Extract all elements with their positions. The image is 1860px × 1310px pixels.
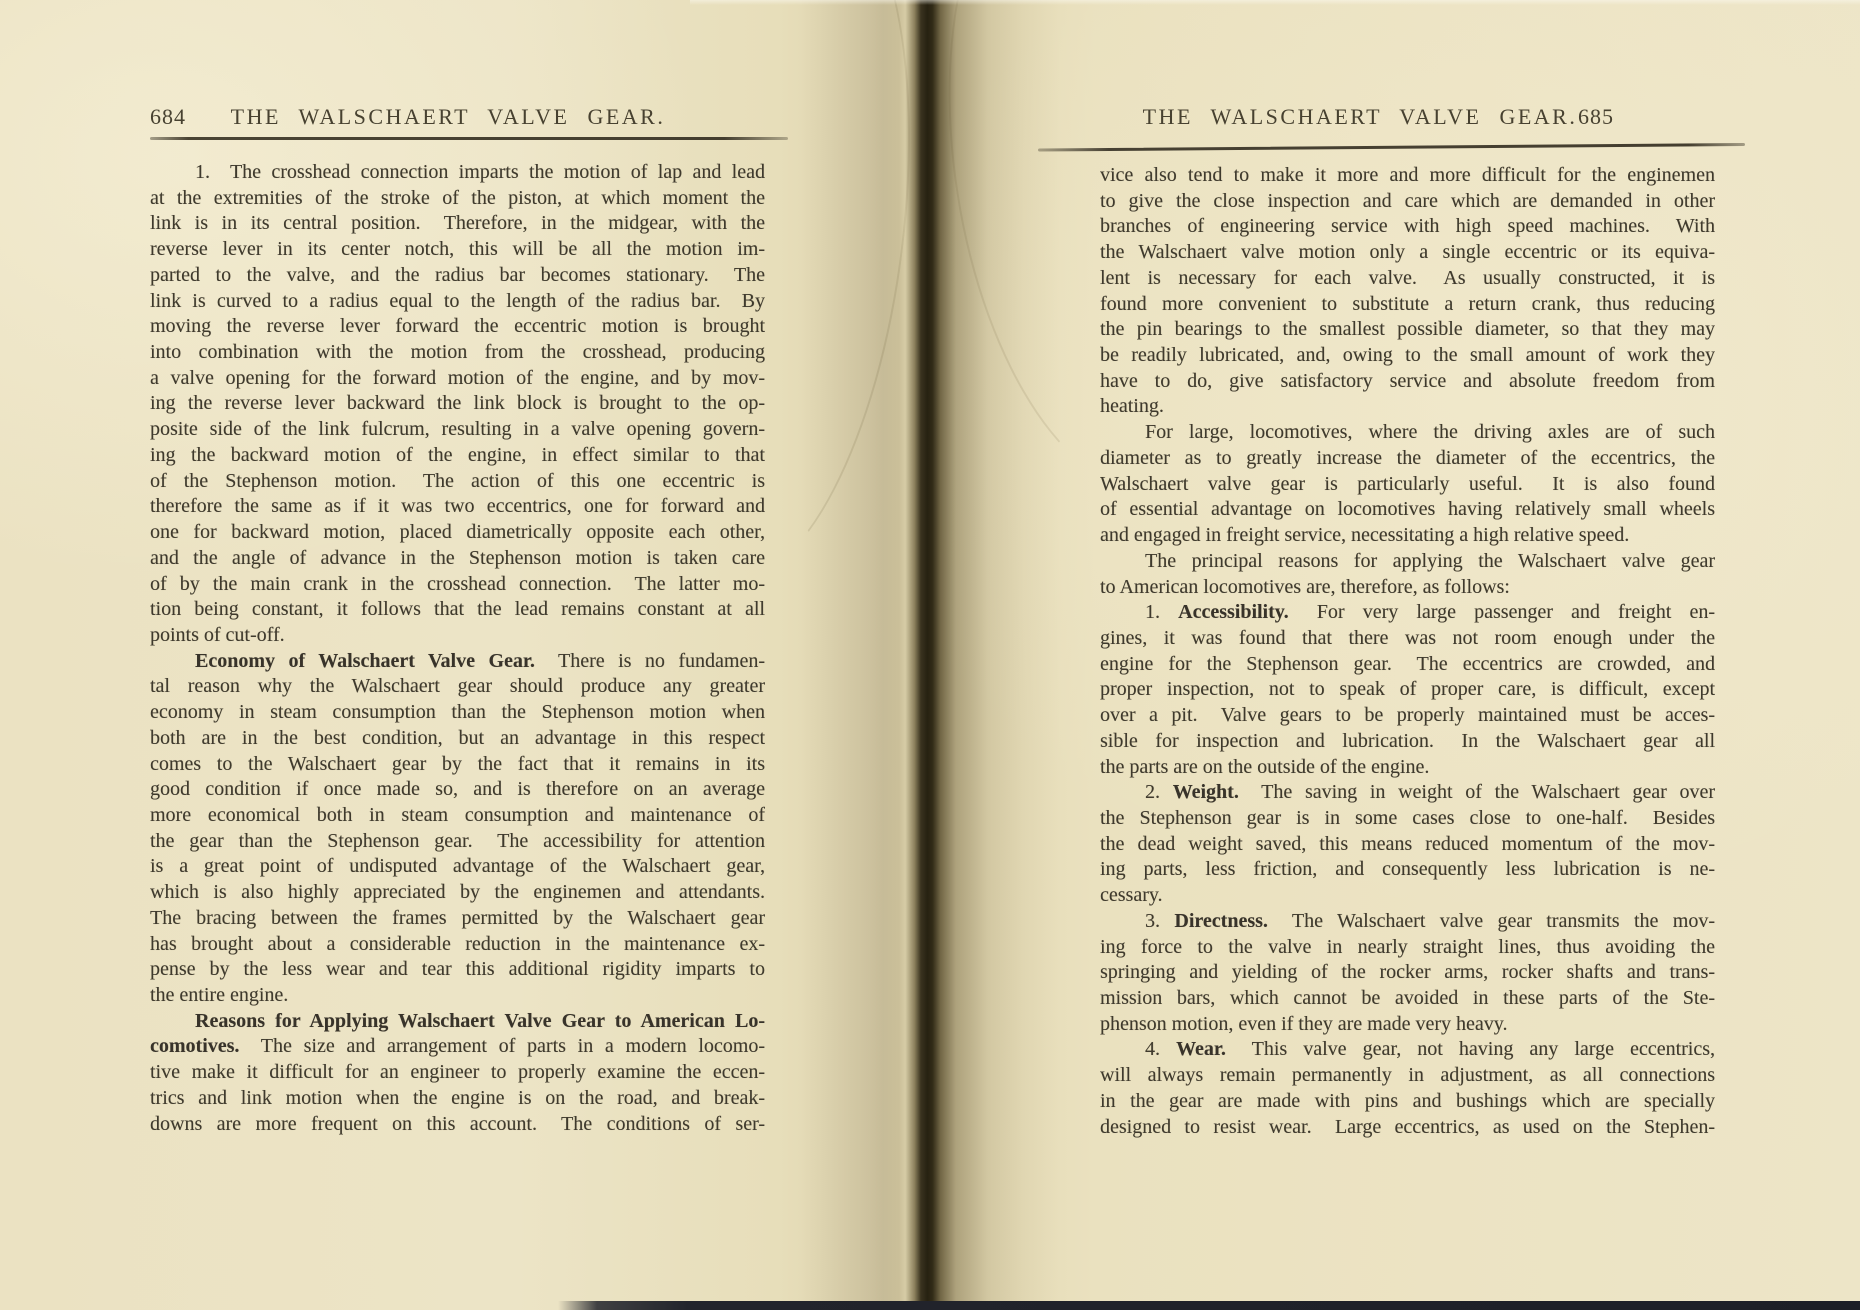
text-segment: in the gear are made with pins and bushi… xyxy=(1100,1090,1715,1112)
text-line: ing force to the valve in nearly straigh… xyxy=(1100,935,1715,961)
text-line: comotives. The size and arrangement of p… xyxy=(150,1034,765,1060)
text-line: trics and link motion when the engine is… xyxy=(150,1086,765,1112)
text-segment: tal reason why the Walschaert gear shoul… xyxy=(150,675,765,697)
text-segment: mission bars, which cannot be avoided in… xyxy=(1100,987,1715,1009)
text-line: link is curved to a radius equal to the … xyxy=(150,289,765,315)
text-segment: vice also tend to make it more and more … xyxy=(1100,164,1715,186)
text-line: to give the close inspection and care wh… xyxy=(1100,189,1715,215)
text-segment: which is also highly appreciated by the … xyxy=(150,881,765,903)
text-segment: therefore the same as if it was two ecce… xyxy=(150,495,765,517)
text-line: vice also tend to make it more and more … xyxy=(1100,163,1715,189)
text-line: parted to the valve, and the radius bar … xyxy=(150,263,765,289)
text-line: ing the backward motion of the engine, i… xyxy=(150,443,765,469)
text-segment: link is in its central position. Therefo… xyxy=(150,212,765,234)
text-segment: branches of engineering service with hig… xyxy=(1100,215,1715,237)
text-segment: 1. xyxy=(1145,601,1178,623)
text-segment: designed to resist wear. Large eccentric… xyxy=(1100,1116,1715,1138)
text-segment: tive make it difficult for an engineer t… xyxy=(150,1061,765,1083)
right-page-text: vice also tend to make it more and more … xyxy=(1100,163,1715,1140)
text-line: of essential advantage on locomotives ha… xyxy=(1100,497,1715,523)
text-segment: The bracing between the frames permitted… xyxy=(150,907,765,929)
text-segment: link is curved to a radius equal to the … xyxy=(150,290,765,312)
text-segment: and the angle of advance in the Stephens… xyxy=(150,547,765,569)
text-line: pense by the less wear and tear this add… xyxy=(150,957,765,983)
text-line: will always remain permanently in adjust… xyxy=(1100,1063,1715,1089)
text-line: more economical both in steam consumptio… xyxy=(150,803,765,829)
text-line: therefore the same as if it was two ecce… xyxy=(150,494,765,520)
text-line: the dead weight saved, this means reduce… xyxy=(1100,832,1715,858)
bold-text-segment: Directness. xyxy=(1174,910,1268,932)
text-segment: will always remain permanently in adjust… xyxy=(1100,1064,1715,1086)
text-line: engine for the Stephenson gear. The ecce… xyxy=(1100,652,1715,678)
text-line: comes to the Walschaert gear by the fact… xyxy=(150,752,765,778)
bold-text-segment: Economy of Walschaert Valve Gear. xyxy=(195,650,535,672)
text-line: the entire engine. xyxy=(150,983,765,1009)
text-segment: ing parts, less friction, and consequent… xyxy=(1100,858,1715,880)
text-line: sible for inspection and lubrication. In… xyxy=(1100,729,1715,755)
text-segment: cessary. xyxy=(1100,884,1163,906)
text-segment: ing force to the valve in nearly straigh… xyxy=(1100,936,1715,958)
text-segment: to American locomotives are, therefore, … xyxy=(1100,576,1510,598)
text-line: and the angle of advance in the Stephens… xyxy=(150,546,765,572)
text-segment: downs are more frequent on this account.… xyxy=(150,1113,765,1135)
left-running-title: THE WALSCHAERT VALVE GEAR. xyxy=(170,104,726,130)
text-segment: the dead weight saved, this means reduce… xyxy=(1100,833,1715,855)
text-segment: the entire engine. xyxy=(150,984,288,1006)
text-segment: be readily lubricated, and, owing to the… xyxy=(1100,344,1715,366)
text-line: Walschaert valve gear is particularly us… xyxy=(1100,472,1715,498)
text-segment: reverse lever in its center notch, this … xyxy=(150,238,765,260)
text-line: gines, it was found that there was not r… xyxy=(1100,626,1715,652)
text-segment: of essential advantage on locomotives ha… xyxy=(1100,498,1715,520)
text-segment: 4. xyxy=(1145,1038,1176,1060)
text-line: proper inspection, not to speak of prope… xyxy=(1100,677,1715,703)
text-line: economy in steam consumption than the St… xyxy=(150,700,765,726)
text-segment: parted to the valve, and the radius bar … xyxy=(150,264,765,286)
text-line: heating. xyxy=(1100,394,1715,420)
text-line: moving the reverse lever forward the ecc… xyxy=(150,314,765,340)
text-segment: into combination with the motion from th… xyxy=(150,341,765,363)
text-segment: a valve opening for the forward motion o… xyxy=(150,367,765,389)
text-segment: have to do, give satisfactory service an… xyxy=(1100,370,1715,392)
text-segment: Walschaert valve gear is particularly us… xyxy=(1100,473,1715,495)
text-segment: the gear than the Stephenson gear. The a… xyxy=(150,830,765,852)
text-line: springing and yielding of the rocker arm… xyxy=(1100,960,1715,986)
text-line: cessary. xyxy=(1100,883,1715,909)
text-segment: lent is necessary for each valve. As usu… xyxy=(1100,267,1715,289)
text-segment: good condition if once made so, and is t… xyxy=(150,778,765,800)
text-segment: 3. xyxy=(1145,910,1174,932)
text-segment: posite side of the link fulcrum, resulti… xyxy=(150,418,765,440)
text-line: 1. Accessibility. For very large passeng… xyxy=(1100,600,1715,626)
text-segment: moving the reverse lever forward the ecc… xyxy=(150,315,765,337)
text-segment: gines, it was found that there was not r… xyxy=(1100,627,1715,649)
left-header-rule xyxy=(150,137,788,140)
text-segment: ing the reverse lever backward the link … xyxy=(150,392,765,414)
text-line: ing the reverse lever backward the link … xyxy=(150,391,765,417)
bold-text-segment: Wear. xyxy=(1176,1038,1226,1060)
text-line: link is in its central position. Therefo… xyxy=(150,211,765,237)
text-line: 3. Directness. The Walschaert valve gear… xyxy=(1100,909,1715,935)
text-segment: 1. The crosshead connection imparts the … xyxy=(195,161,765,183)
text-line: The bracing between the frames permitted… xyxy=(150,906,765,932)
text-line: of the Stephenson motion. The action of … xyxy=(150,469,765,495)
text-segment: points of cut-off. xyxy=(150,624,285,646)
text-segment: The size and arrangement of parts in a m… xyxy=(239,1035,765,1057)
text-segment: diameter as to greatly increase the diam… xyxy=(1100,447,1715,469)
text-line: the pin bearings to the smallest possibl… xyxy=(1100,317,1715,343)
text-segment: the Walschaert valve motion only a singl… xyxy=(1100,241,1715,263)
text-line: ing parts, less friction, and consequent… xyxy=(1100,857,1715,883)
text-segment: has brought about a considerable reducti… xyxy=(150,933,765,955)
text-line: posite side of the link fulcrum, resulti… xyxy=(150,417,765,443)
text-segment: engine for the Stephenson gear. The ecce… xyxy=(1100,653,1715,675)
text-line: the Walschaert valve motion only a singl… xyxy=(1100,240,1715,266)
text-line: mission bars, which cannot be avoided in… xyxy=(1100,986,1715,1012)
text-segment: comes to the Walschaert gear by the fact… xyxy=(150,753,765,775)
text-segment: ing the backward motion of the engine, i… xyxy=(150,444,765,466)
text-segment: one for backward motion, placed diametri… xyxy=(150,521,765,543)
text-line: For large, locomotives, where the drivin… xyxy=(1100,420,1715,446)
text-line: at the extremities of the stroke of the … xyxy=(150,186,765,212)
text-line: branches of engineering service with hig… xyxy=(1100,214,1715,240)
text-line: good condition if once made so, and is t… xyxy=(150,777,765,803)
text-segment: This valve gear, not having any large ec… xyxy=(1226,1038,1715,1060)
text-line: downs are more frequent on this account.… xyxy=(150,1112,765,1138)
text-segment: is a great point of undisputed advantage… xyxy=(150,855,765,877)
text-segment: economy in steam consumption than the St… xyxy=(150,701,765,723)
bold-text-segment: Accessibility. xyxy=(1178,601,1289,623)
bold-text-segment: Reasons for Applying Walschaert Valve Ge… xyxy=(195,1010,765,1032)
bold-text-segment: comotives. xyxy=(150,1035,239,1057)
text-segment: 2. xyxy=(1145,781,1173,803)
bold-text-segment: Weight. xyxy=(1173,781,1239,803)
text-line: Economy of Walschaert Valve Gear. There … xyxy=(150,649,765,675)
text-segment: the Stephenson gear is in some cases clo… xyxy=(1100,807,1715,829)
text-segment: found more convenient to substitute a re… xyxy=(1100,293,1715,315)
text-line: in the gear are made with pins and bushi… xyxy=(1100,1089,1715,1115)
text-segment: heating. xyxy=(1100,395,1164,417)
text-segment: sible for inspection and lubrication. In… xyxy=(1100,730,1715,752)
text-line: tal reason why the Walschaert gear shoul… xyxy=(150,674,765,700)
text-segment: proper inspection, not to speak of prope… xyxy=(1100,678,1715,700)
text-line: designed to resist wear. Large eccentric… xyxy=(1100,1115,1715,1141)
scan-edge-strip xyxy=(558,1301,1860,1310)
text-segment: springing and yielding of the rocker arm… xyxy=(1100,961,1715,983)
text-segment: For large, locomotives, where the drivin… xyxy=(1145,421,1715,443)
left-page-text: 1. The crosshead connection imparts the … xyxy=(150,160,765,1137)
text-line: the parts are on the outside of the engi… xyxy=(1100,755,1715,781)
text-line: Reasons for Applying Walschaert Valve Ge… xyxy=(150,1009,765,1035)
text-line: over a pit. Valve gears to be properly m… xyxy=(1100,703,1715,729)
text-segment: and engaged in freight service, necessit… xyxy=(1100,524,1629,546)
text-segment: phenson motion, even if they are made ve… xyxy=(1100,1013,1507,1035)
text-line: tive make it difficult for an engineer t… xyxy=(150,1060,765,1086)
text-segment: both are in the best condition, but an a… xyxy=(150,727,765,749)
text-segment: The saving in weight of the Walschaert g… xyxy=(1239,781,1715,803)
text-line: into combination with the motion from th… xyxy=(150,340,765,366)
page-top-edge xyxy=(690,0,1860,5)
right-running-title: THE WALSCHAERT VALVE GEAR. xyxy=(1100,104,1620,130)
text-line: of by the main crank in the crosshead co… xyxy=(150,572,765,598)
text-segment: pense by the less wear and tear this add… xyxy=(150,958,765,980)
text-segment: of by the main crank in the crosshead co… xyxy=(150,573,765,595)
text-line: phenson motion, even if they are made ve… xyxy=(1100,1012,1715,1038)
text-line: diameter as to greatly increase the diam… xyxy=(1100,446,1715,472)
text-line: 1. The crosshead connection imparts the … xyxy=(150,160,765,186)
text-line: be readily lubricated, and, owing to the… xyxy=(1100,343,1715,369)
text-line: the Stephenson gear is in some cases clo… xyxy=(1100,806,1715,832)
text-line: and engaged in freight service, necessit… xyxy=(1100,523,1715,549)
text-segment: trics and link motion when the engine is… xyxy=(150,1087,765,1109)
text-line: the gear than the Stephenson gear. The a… xyxy=(150,829,765,855)
text-line: 2. Weight. The saving in weight of the W… xyxy=(1100,780,1715,806)
text-segment: the pin bearings to the smallest possibl… xyxy=(1100,318,1715,340)
text-segment: For very large passenger and freight en- xyxy=(1289,601,1715,623)
text-segment: The principal reasons for applying the W… xyxy=(1145,550,1715,572)
text-line: found more convenient to substitute a re… xyxy=(1100,292,1715,318)
text-line: reverse lever in its center notch, this … xyxy=(150,237,765,263)
text-segment: tion being constant, it follows that the… xyxy=(150,598,765,620)
text-line: one for backward motion, placed diametri… xyxy=(150,520,765,546)
text-segment: the parts are on the outside of the engi… xyxy=(1100,756,1429,778)
text-line: tion being constant, it follows that the… xyxy=(150,597,765,623)
text-segment: The Walschaert valve gear transmits the … xyxy=(1268,910,1715,932)
text-segment: of the Stephenson motion. The action of … xyxy=(150,470,765,492)
book-spread: 684 THE WALSCHAERT VALVE GEAR. THE WALSC… xyxy=(0,0,1860,1310)
text-line: points of cut-off. xyxy=(150,623,765,649)
text-segment: over a pit. Valve gears to be properly m… xyxy=(1100,704,1715,726)
text-segment: at the extremities of the stroke of the … xyxy=(150,187,765,209)
text-line: is a great point of undisputed advantage… xyxy=(150,854,765,880)
text-segment: more economical both in steam consumptio… xyxy=(150,804,765,826)
text-line: has brought about a considerable reducti… xyxy=(150,932,765,958)
text-line: to American locomotives are, therefore, … xyxy=(1100,575,1715,601)
text-line: lent is necessary for each valve. As usu… xyxy=(1100,266,1715,292)
text-segment: to give the close inspection and care wh… xyxy=(1100,190,1715,212)
text-line: The principal reasons for applying the W… xyxy=(1100,549,1715,575)
text-segment: There is no fundamen- xyxy=(535,650,765,672)
text-line: both are in the best condition, but an a… xyxy=(150,726,765,752)
text-line: a valve opening for the forward motion o… xyxy=(150,366,765,392)
right-page-number: 685 xyxy=(1578,104,1614,130)
text-line: 4. Wear. This valve gear, not having any… xyxy=(1100,1037,1715,1063)
text-line: have to do, give satisfactory service an… xyxy=(1100,369,1715,395)
text-line: which is also highly appreciated by the … xyxy=(150,880,765,906)
